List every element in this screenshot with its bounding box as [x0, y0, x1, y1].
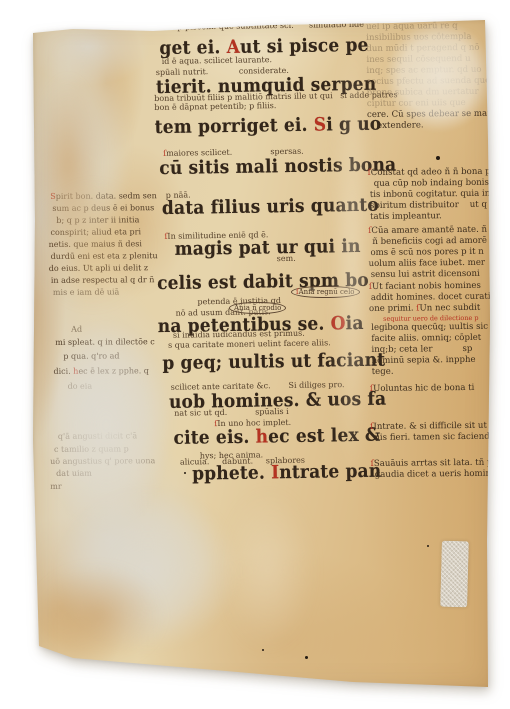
- right-gloss-line: ñ beneficiis cogi ad amorē: [372, 236, 487, 247]
- left-gloss-line: netis. que maius ñ desi: [49, 239, 142, 249]
- gloss-text: Uoluntas hic de bona ti: [373, 383, 474, 394]
- wormhole-dot: [436, 156, 440, 160]
- main-text: ec est lex &: [268, 424, 381, 447]
- left-gloss-line: dici. hec ē lex z pphe. q: [53, 366, 149, 376]
- gloss-text: Intrate. & si difficile sit ut alii t: [373, 421, 490, 432]
- rubric-initial: S: [314, 114, 327, 136]
- left-gloss-line: dat uiam: [56, 469, 92, 478]
- gloss-text: dici.: [53, 367, 73, 376]
- main-text-line: tem porriget ei. Si g uo: [155, 113, 382, 139]
- right-gloss-line: tege.: [372, 367, 394, 377]
- main-text-line: data filius uris quanto: [162, 194, 379, 220]
- gloss-text: Ut faciant nobis homines: [372, 281, 481, 292]
- right-gloss-line: sensu lui astrit dicensoni: [371, 269, 480, 280]
- right-gloss-line: ines sequil cōsequend u: [366, 54, 470, 65]
- right-gloss-line: oms ē scū nos pores p it n: [370, 247, 483, 258]
- main-text-line: pphete. Intrate pan: [192, 460, 382, 486]
- right-gloss-line: ſSauāuis arrtas sit lata. tñ p: [371, 458, 490, 469]
- wormhole-dot: [262, 649, 264, 651]
- left-gloss-line: c tamilio z quam p: [54, 444, 129, 454]
- right-gloss-line: spiritum distribuitor ut q: [370, 200, 487, 211]
- gloss-text: Un nec subdit: [419, 303, 480, 314]
- right-gloss-line: facite aliis. omniq; cōplet: [371, 333, 481, 344]
- damage-patch: [58, 490, 238, 650]
- gloss-text: Constat qd adeo ñ ñ bona p c: [371, 167, 490, 178]
- repair-patch: [440, 541, 469, 608]
- interlinear-gloss: nat sic ut qd. spūalis i: [174, 407, 289, 418]
- left-gloss-line: b; q p z inter ii initia: [56, 215, 139, 225]
- main-text: ia: [346, 313, 364, 335]
- left-gloss-line: mi spleat. q in dilectōe c: [55, 337, 154, 347]
- left-gloss-line: conspirit; aliud eta pri: [50, 227, 141, 237]
- gloss-text: Ania regnū celo: [299, 288, 355, 296]
- right-gloss-line: dun mūdi t peragend q nō: [366, 43, 479, 54]
- left-gloss-line: Spirit bon. data. sedm sen: [50, 191, 157, 201]
- interlinear-gloss: s qua caritate moneri uelint facere alii…: [168, 338, 331, 350]
- left-gloss-line: in adse respectu al q dr ñ: [51, 275, 155, 285]
- gloss-text: Sauāuis arrtas sit lata. tñ p: [374, 458, 490, 469]
- wormhole-dot: [184, 472, 186, 474]
- gloss-text: one primi.: [369, 303, 416, 313]
- gloss-text: ec ē lex z pphe. q: [78, 366, 149, 375]
- left-gloss-line: uō angustius q' pore uona: [50, 456, 155, 466]
- left-gloss-line: q'ā angusti dicit c'ā: [58, 431, 137, 441]
- gloss-text: Cūa amare amantē nate. ñ: [371, 225, 487, 236]
- right-gloss-line: gaudia dicet a ueris hominū: [375, 469, 490, 480]
- left-gloss-line: p qua. q'ro ad: [63, 351, 119, 360]
- interlinear-gloss: sem.: [277, 254, 296, 263]
- left-gloss-line: do eius. Ut apli ui delit z: [49, 263, 148, 273]
- right-gloss-line: socius pfectu ad suenda que: [367, 76, 490, 87]
- left-gloss-line: mr: [50, 482, 61, 491]
- right-gloss-line: addit homines. docet curati: [371, 292, 490, 303]
- photo-background: Spirit bon. data. sedm sen sum ac p deus…: [0, 0, 510, 709]
- main-text-line: p geq; uultis ut faciant: [162, 349, 385, 375]
- left-gloss-line: mis e iam dē uiā: [53, 287, 119, 296]
- right-gloss-line: inq;b; ceta ler sp: [371, 344, 472, 355]
- right-gloss-line: cipitur cor eni uiis que: [367, 98, 466, 109]
- circled-gloss: ſAnia regnū celo: [291, 286, 360, 298]
- right-gloss-line: uolum aliis face iubet. mer: [369, 258, 486, 269]
- interlinear-gloss: fidē. p piscem. que subtilitatē sci. sim…: [157, 20, 364, 32]
- right-gloss-line: prone subica dm uertatur: [367, 87, 479, 98]
- interlinear-gloss: id ē aqua. scilicet laurante.: [162, 55, 272, 66]
- wormhole-dot: [427, 545, 429, 547]
- right-gloss-line: ſUt faciant nobis homines: [369, 281, 481, 292]
- right-gloss-line: cere. Cū spes debear se mat: [367, 109, 490, 120]
- left-gloss-line: do eia: [68, 382, 93, 391]
- leaf-shadow-wrap: Spirit bon. data. sedm sen sum ac p deus…: [0, 0, 510, 709]
- stain-blotch: [223, 490, 313, 650]
- right-gloss-line: extendere.: [377, 120, 424, 130]
- right-gloss-line: uel ip aqua uarū re q: [366, 21, 458, 32]
- gloss-text: pirit bon. data. sedm sen: [56, 191, 157, 201]
- left-gloss-line: Ad: [71, 325, 82, 334]
- left-gloss-line: durdū eni est eta z plenitu: [51, 251, 158, 261]
- main-text-line: cite eis. hec est lex &: [173, 424, 380, 450]
- main-text-line: magis pat ur qui in: [174, 236, 360, 262]
- right-gloss-line: inq; spes ac emptur. qd uo: [366, 65, 481, 76]
- right-gloss-line: ſIntrate. & si difficile sit ut alii t: [370, 421, 490, 432]
- right-gloss-line: qua cūp nob indaing bonis: [374, 178, 489, 189]
- left-gloss-line: sum ac p deus ē ei bonus: [52, 203, 154, 213]
- right-gloss-line: insibilibus uos cōtempla: [366, 32, 471, 43]
- right-gloss-line: ſCūa amare amantē nate. ñ: [368, 225, 487, 236]
- stain-blotch: [33, 565, 163, 665]
- interlinear-gloss: bon ē dāpnat petentib; p filiis.: [154, 101, 276, 112]
- manuscript-leaf: Spirit bon. data. sedm sen sum ac p deus…: [33, 20, 490, 688]
- right-gloss-line: tis inbonū cogitatur. quia in: [370, 189, 490, 200]
- rubric-initial: h: [255, 426, 268, 448]
- rubric-initial: O: [331, 313, 346, 335]
- right-gloss-line: hominū sepia &. inpphe: [372, 355, 476, 366]
- main-text: pphete.: [192, 462, 271, 485]
- main-text: tem porriget ei.: [155, 114, 314, 138]
- main-text-line: cū sitis mali nostis bona: [159, 154, 396, 180]
- main-text: ntrate pan: [279, 460, 381, 483]
- main-text: cite eis.: [173, 426, 255, 449]
- wormhole-dot: [305, 656, 308, 659]
- right-gloss-line: ſConstat qd adeo ñ ñ bona p c: [368, 167, 490, 178]
- circled-gloss: Ania ñ crodio: [229, 302, 286, 314]
- right-gloss-line: ſUoluntas hic de bona ti: [370, 383, 475, 394]
- right-gloss-line: legibona quecūq; uultis sic: [371, 322, 488, 333]
- right-gloss-line: uis fieri. tamen sic faciendū ē t: [374, 432, 490, 443]
- right-gloss-line: tatis impleantur.: [370, 211, 442, 222]
